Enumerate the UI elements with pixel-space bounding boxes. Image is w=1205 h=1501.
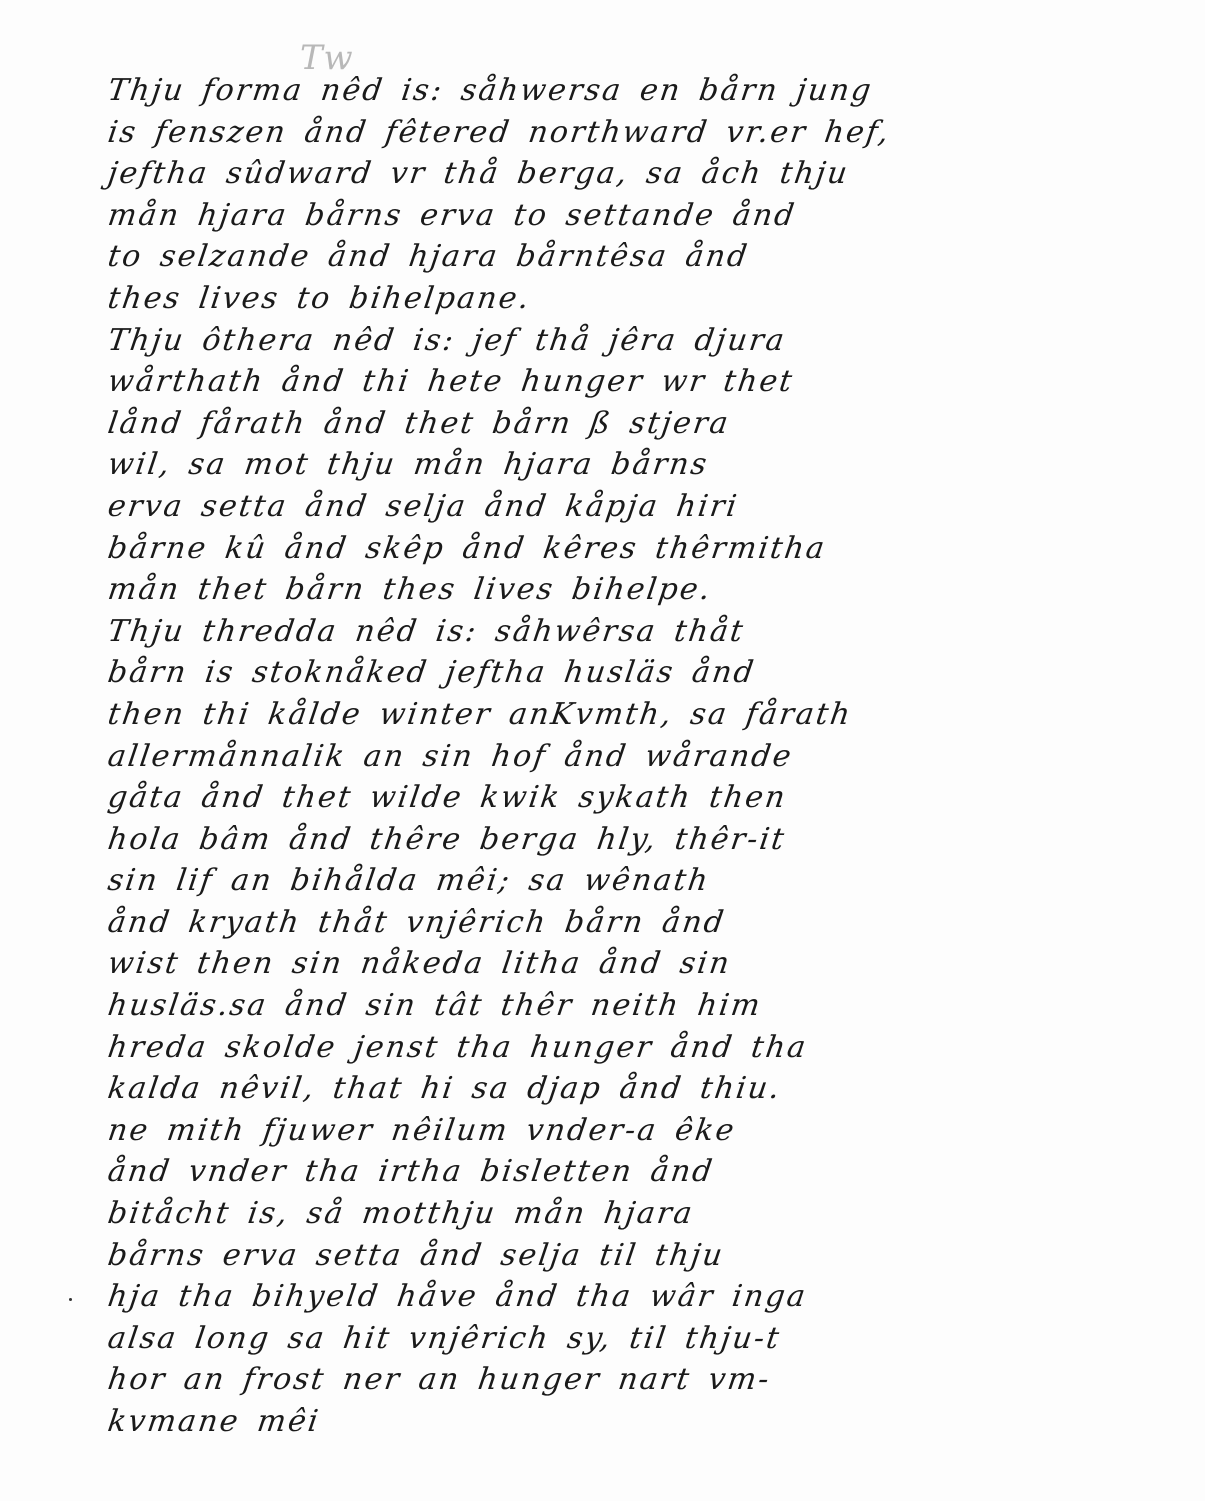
manuscript-line: ne mith fjuwer nêilum vnder-a êke xyxy=(105,1110,1201,1152)
manuscript-line: sin lif an bihålda mêi; sa wênath xyxy=(105,860,1201,902)
manuscript-line: bårn is stoknåked jeftha husläs ånd xyxy=(105,652,1201,694)
manuscript-line: Thju forma nêd is: såhwersa en bårn jung xyxy=(105,70,1201,112)
manuscript-line: bårns erva setta ånd selja til thju xyxy=(105,1235,1201,1277)
manuscript-line: Thju ôthera nêd is: jef thå jêra djura xyxy=(105,320,1201,362)
manuscript-line: erva setta ånd selja ånd kåpja hiri xyxy=(105,486,1201,528)
manuscript-line: mån thet bårn thes lives bihelpe. xyxy=(105,569,1201,611)
manuscript-line: kalda nêvil, that hi sa djap ånd thiu. xyxy=(105,1068,1201,1110)
manuscript-line: ånd vnder tha irtha bisletten ånd xyxy=(105,1151,1201,1193)
manuscript-text-block: Thju forma nêd is: såhwersa en bårn jung… xyxy=(108,70,1198,1443)
manuscript-line: kvmane mêi xyxy=(105,1401,1201,1443)
manuscript-line: alsa long sa hit vnjêrich sy, til thju-t xyxy=(105,1318,1201,1360)
manuscript-page: Tw Thju forma nêd is: såhwersa en bårn j… xyxy=(0,0,1205,1501)
manuscript-line: thes lives to bihelpane. xyxy=(105,278,1201,320)
manuscript-line: hola bâm ånd thêre berga hly, thêr-it xyxy=(105,819,1201,861)
manuscript-line: Thju thredda nêd is: såhwêrsa thåt xyxy=(105,611,1201,653)
manuscript-line: husläs.sa ånd sin tât thêr neith him xyxy=(105,985,1201,1027)
manuscript-line: ånd kryath thåt vnjêrich bårn ånd xyxy=(105,902,1201,944)
manuscript-line: hreda skolde jenst tha hunger ånd tha xyxy=(105,1027,1201,1069)
ink-speck xyxy=(69,1298,72,1301)
manuscript-line: jeftha sûdward vr thå berga, sa åch thju xyxy=(105,153,1201,195)
manuscript-line: gåta ånd thet wilde kwik sykath then xyxy=(105,777,1201,819)
manuscript-line: bårne kû ånd skêp ånd kêres thêrmitha xyxy=(105,528,1201,570)
manuscript-line: then thi kålde winter anKvmth, sa fårath xyxy=(105,694,1201,736)
manuscript-line: mån hjara bårns erva to settande ånd xyxy=(105,195,1201,237)
manuscript-line: bitåcht is, så motthju mån hjara xyxy=(105,1193,1201,1235)
manuscript-line: hja tha bihyeld håve ånd tha wâr inga xyxy=(105,1276,1201,1318)
manuscript-line: is fenszen ånd fêtered northward vr.er h… xyxy=(105,112,1201,154)
manuscript-line: wårthath ånd thi hete hunger wr thet xyxy=(105,361,1201,403)
manuscript-line: wil, sa mot thju mån hjara bårns xyxy=(105,444,1201,486)
manuscript-line: to selzande ånd hjara bårntêsa ånd xyxy=(105,236,1201,278)
manuscript-line: lånd fårath ånd thet bårn ß stjera xyxy=(105,403,1201,445)
manuscript-line: allermånnalik an sin hof ånd wårande xyxy=(105,736,1201,778)
manuscript-line: wist then sin nåkeda litha ånd sin xyxy=(105,943,1201,985)
manuscript-line: hor an frost ner an hunger nart vm- xyxy=(105,1359,1201,1401)
